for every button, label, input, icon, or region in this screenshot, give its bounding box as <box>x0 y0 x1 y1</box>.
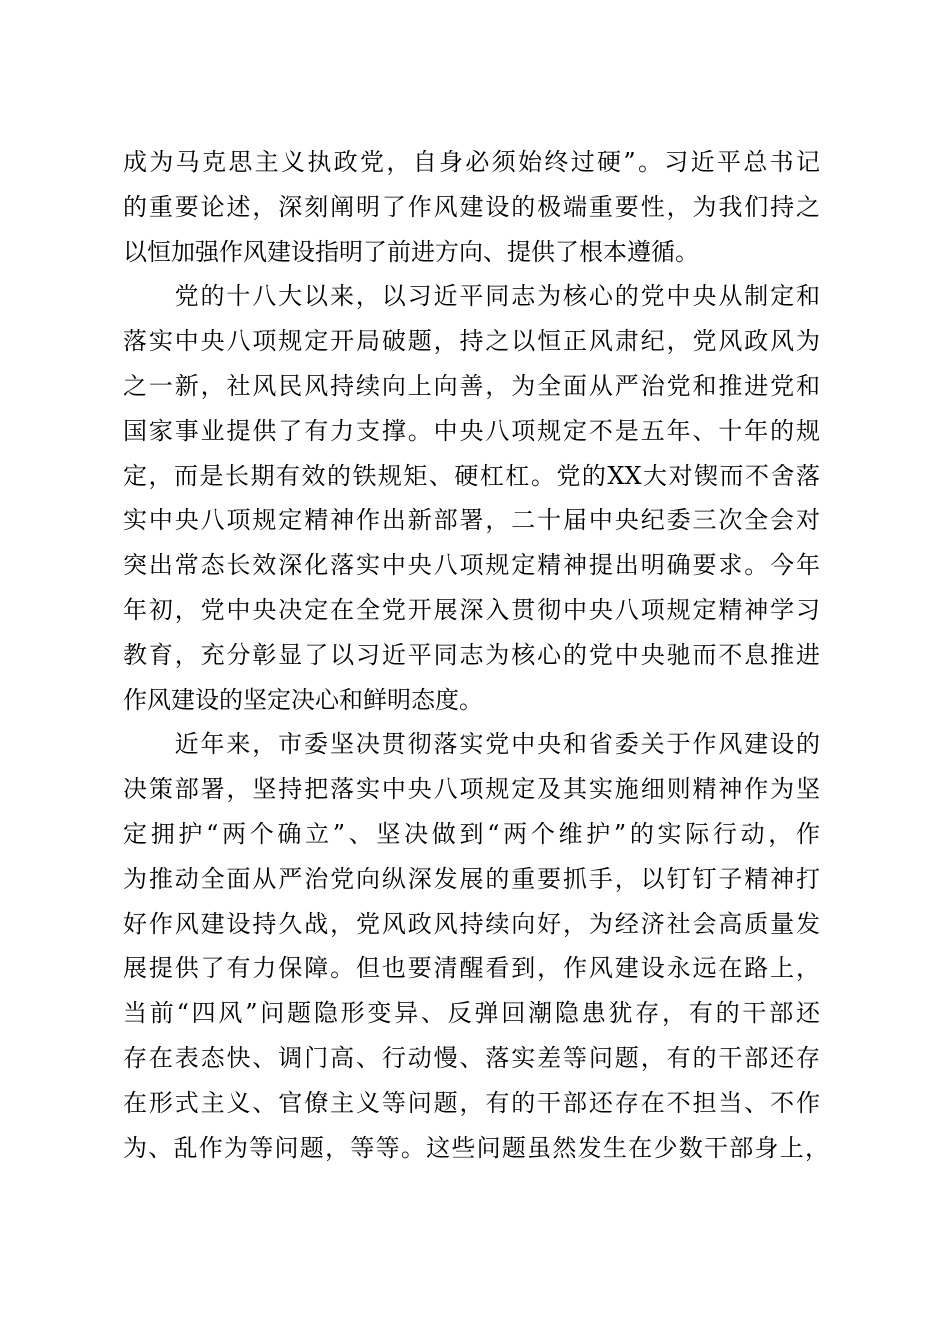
body-text: 成为马克思主义执政党，自身必须始终过硬”。习近平总书记 的重要论述，深刻阐明了作… <box>123 140 820 1170</box>
text-line: 作风建设的坚定决心和鲜明态度。 <box>123 678 820 723</box>
text-line: 近年来，市委坚决贯彻落实党中央和省委关于作风建设的 <box>123 722 820 767</box>
text-line: 为推动全面从严治党向纵深发展的重要抓手，以钉钉子精神打 <box>123 857 820 902</box>
text-line: 以恒加强作风建设指明了前进方向、提供了根本遵循。 <box>123 230 820 275</box>
text-line: 在形式主义、官僚主义等问题，有的干部还存在不担当、不作 <box>123 1081 820 1126</box>
text-line: 当前“四风”问题隐形变异、反弹回潮隐患犹存，有的干部还 <box>123 991 820 1036</box>
text-line: 存在表态快、调门高、行动慢、落实差等问题，有的干部还存 <box>123 1036 820 1081</box>
text-line: 定，而是长期有效的铁规矩、硬杠杠。党的XX大对锲而不舍落 <box>123 454 820 499</box>
text-line: 党的十八大以来，以习近平同志为核心的党中央从制定和 <box>123 274 820 319</box>
paragraph-eight-point-regulations: 党的十八大以来，以习近平同志为核心的党中央从制定和 落实中央八项规定开局破题，持… <box>123 274 820 722</box>
text-line: 突出常态长效深化落实中央八项规定精神提出明确要求。今年 <box>123 543 820 588</box>
paragraph-continuation: 成为马克思主义执政党，自身必须始终过硬”。习近平总书记 的重要论述，深刻阐明了作… <box>123 140 820 274</box>
text-line: 教育，充分彰显了以习近平同志为核心的党中央驰而不息推进 <box>123 633 820 678</box>
text-line: 为、乱作为等问题，等等。这些问题虽然发生在少数干部身上， <box>123 1126 829 1171</box>
text-line: 展提供了有力保障。但也要清醒看到，作风建设永远在路上， <box>123 946 820 991</box>
document-page: 成为马克思主义执政党，自身必须始终过硬”。习近平总书记 的重要论述，深刻阐明了作… <box>0 0 950 1344</box>
text-line: 成为马克思主义执政党，自身必须始终过硬”。习近平总书记 <box>123 140 820 185</box>
text-line: 之一新，社风民风持续向上向善，为全面从严治党和推进党和 <box>123 364 820 409</box>
text-line: 国家事业提供了有力支撑。中央八项规定不是五年、十年的规 <box>123 409 820 454</box>
paragraph-municipal-committee: 近年来，市委坚决贯彻落实党中央和省委关于作风建设的 决策部署，坚持把落实中央八项… <box>123 722 820 1170</box>
text-line: 落实中央八项规定开局破题，持之以恒正风肃纪，党风政风为 <box>123 319 820 364</box>
text-line: 好作风建设持久战，党风政风持续向好，为经济社会高质量发 <box>123 902 820 947</box>
text-line: 实中央八项规定精神作出新部署，二十届中央纪委三次全会对 <box>123 498 820 543</box>
text-line: 决策部署，坚持把落实中央八项规定及其实施细则精神作为坚 <box>123 767 820 812</box>
text-line: 的重要论述，深刻阐明了作风建设的极端重要性，为我们持之 <box>123 185 820 230</box>
text-line: 年初，党中央决定在全党开展深入贯彻中央八项规定精神学习 <box>123 588 820 633</box>
text-line: 定拥护“两个确立”、坚决做到“两个维护”的实际行动，作 <box>123 812 820 857</box>
